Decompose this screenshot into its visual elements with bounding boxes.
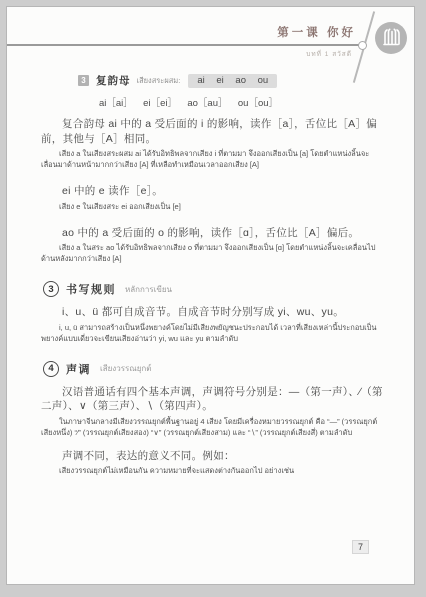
finals-badge-number: 3 (78, 75, 89, 86)
tones-intro-thai: ในภาษาจีนกลางมีเสียงวรรณยุกต์พื้นฐานอยู่… (41, 416, 386, 438)
page-number: 7 (352, 540, 369, 554)
para-ao-thai: เสียง a ในสระ ao ได้รับอิทธิพลจากเสียง o… (41, 242, 386, 264)
tones-meaning-thai: เสียงวรรณยุกต์ไม่เหมือนกัน ความหมายที่จะ… (41, 465, 386, 476)
writing-rules-para-thai: i, u, ü สามารถสร้างเป็นหนึ่งพยางค์โดยไม่… (41, 322, 386, 344)
tones-heading-row: 4 声调 เสียงวรรณยุกต์ (43, 361, 386, 377)
para-ai-chinese: 复合韵母 ai 中的 a 受后面的 i 的影响，读作［a］，舌位比［A］偏前，其… (41, 117, 386, 146)
writing-rules-number: 3 (43, 281, 59, 297)
lesson-subtitle-thai: บทที่ 1 สวัสดี (306, 49, 352, 59)
book-page: 第一课 你好 บทที่ 1 สวัสดี 3 复韵母 เสียงสระผสม:… (6, 6, 415, 585)
finals-heading-cn: 复韵母 (96, 73, 131, 88)
finals-heading-row: 3 复韵母 เสียงสระผสม: ai ei ao ou (78, 73, 386, 88)
tones-heading-thai: เสียงวรรณยุกต์ (100, 362, 151, 375)
para-ei-chinese: ei 中的 e 读作［e］。 (41, 184, 386, 199)
writing-rules-heading-row: 3 书写规则 หลักการเขียน (43, 281, 386, 297)
finals-ipa-line: ai［ai］ ei［ei］ ao［au］ ou［ou］ (99, 95, 386, 109)
tones-intro-chinese: 汉语普通话有四个基本声调，声调符号分别是：—（第一声）、∕（第二声）、∨（第三声… (41, 385, 386, 414)
tones-meaning-chinese: 声调不同，表达的意义不同。例如： (41, 449, 386, 464)
para-ao-chinese: ao 中的 a 受后面的 o 的影响，读作［ɑ］，舌位比［A］偏后。 (41, 226, 386, 241)
tones-heading-cn: 声调 (66, 361, 91, 377)
header-rule (7, 44, 359, 46)
writing-rules-heading-thai: หลักการเขียน (125, 283, 172, 296)
lesson-title: 第一课 你好 (277, 24, 356, 40)
para-ai-thai: เสียง a ในเสียงสระผสม ai ได้รับอิทธิพลจา… (41, 148, 386, 170)
finals-highlight: ai ei ao ou (188, 74, 277, 88)
writing-rules-heading-cn: 书写规则 (66, 281, 116, 297)
header-node-dot (358, 41, 367, 50)
book-emblem-icon (374, 21, 408, 55)
writing-rules-para-chinese: i、u、ü 都可自成音节。自成音节时分别写成 yi、wu、yu。 (41, 305, 386, 320)
finals-heading-thai: เสียงสระผสม: (137, 75, 181, 87)
tones-number: 4 (43, 361, 59, 377)
page-content: 3 复韵母 เสียงสระผสม: ai ei ao ou ai［ai］ ei… (41, 73, 386, 476)
para-ei-thai: เสียง e ในเสียงสระ ei ออกเสียงเป็น [e] (41, 201, 386, 212)
